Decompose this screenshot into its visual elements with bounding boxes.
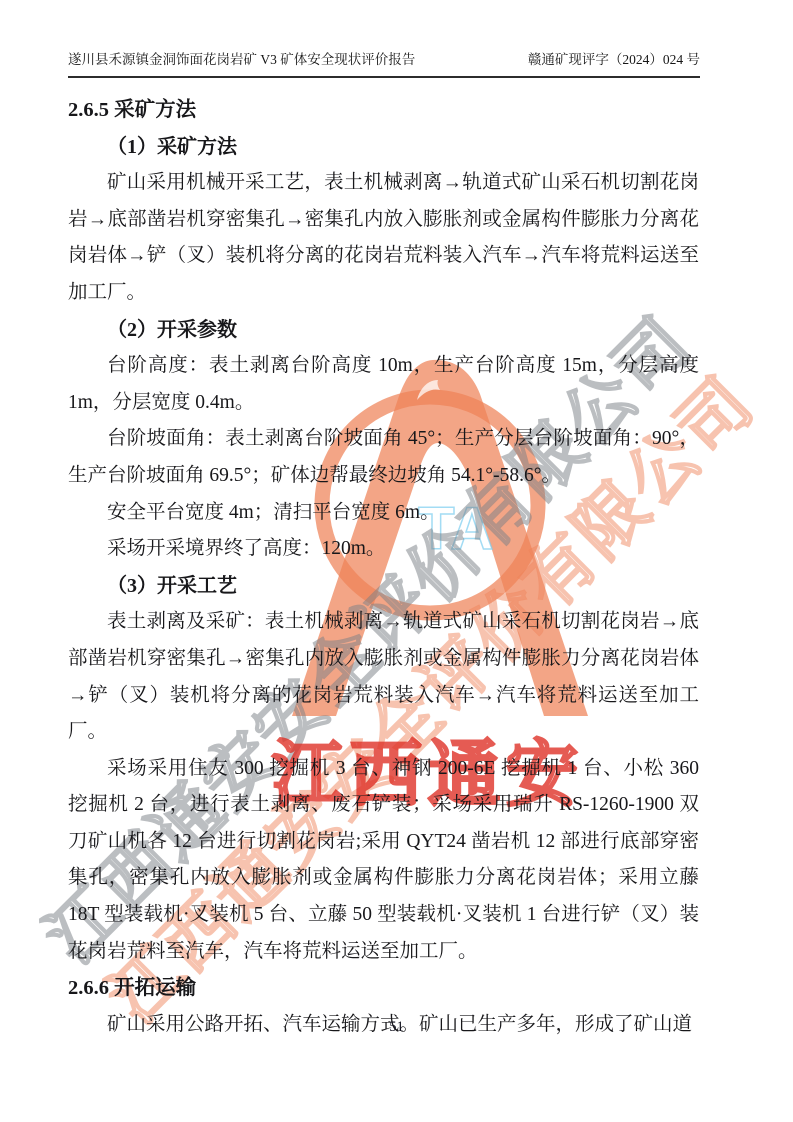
section-heading-2-6-5: 2.6.5 采矿方法 (68, 92, 699, 129)
header-report-title: 遂川县禾源镇金洞饰面花岗岩矿 V3 矿体安全现状评价报告 (68, 50, 415, 70)
subheading-2-mining-parameters: （2）开采参数 (68, 312, 699, 349)
page-header: 遂川县禾源镇金洞饰面花岗岩矿 V3 矿体安全现状评价报告 赣通矿现评字（2024… (68, 50, 700, 78)
paragraph-platform-width: 安全平台宽度 4m；清扫平台宽度 6m。 (68, 495, 699, 532)
paragraph-mining-process: 矿山采用机械开采工艺，表土机械剥离→轨道式矿山采石机切割花岗岩→底部凿岩机穿密集… (68, 165, 699, 311)
document-body: 2.6.5 采矿方法 （1）采矿方法 矿山采用机械开采工艺，表土机械剥离→轨道式… (68, 92, 699, 1043)
paragraph-bench-height: 台阶高度：表土剥离台阶高度 10m，生产台阶高度 15m，分层高度 1m，分层宽… (68, 348, 699, 421)
section-heading-2-6-6: 2.6.6 开拓运输 (68, 970, 699, 1007)
subheading-3-mining-technique: （3）开采工艺 (68, 568, 699, 605)
paragraph-bench-slope-angle: 台阶坡面角：表土剥离台阶坡面角 45°；生产分层台阶坡面角：90°，生产台阶坡面… (68, 421, 699, 494)
subheading-1-mining-method: （1）采矿方法 (68, 129, 699, 166)
header-document-number: 赣通矿现评字（2024）024 号 (528, 50, 700, 70)
document-page: TA 江西通安安全评价有限公司 江西通安安全评价有限公司 江西通安 遂川县禾源镇… (0, 0, 793, 1122)
paragraph-final-height: 采场开采境界终了高度：120m。 (68, 531, 699, 568)
paragraph-equipment-list: 采场采用住友 300 挖掘机 3 台、神钢 200-6E 挖掘机 1 台、小松 … (68, 751, 699, 971)
paragraph-stripping-and-mining: 表土剥离及采矿：表土机械剥离→轨道式矿山采石机切割花岗岩→底部凿岩机穿密集孔→密… (68, 604, 699, 750)
page-number: 51 (0, 1019, 793, 1036)
document-layer: 遂川县禾源镇金洞饰面花岗岩矿 V3 矿体安全现状评价报告 赣通矿现评字（2024… (0, 0, 793, 1122)
